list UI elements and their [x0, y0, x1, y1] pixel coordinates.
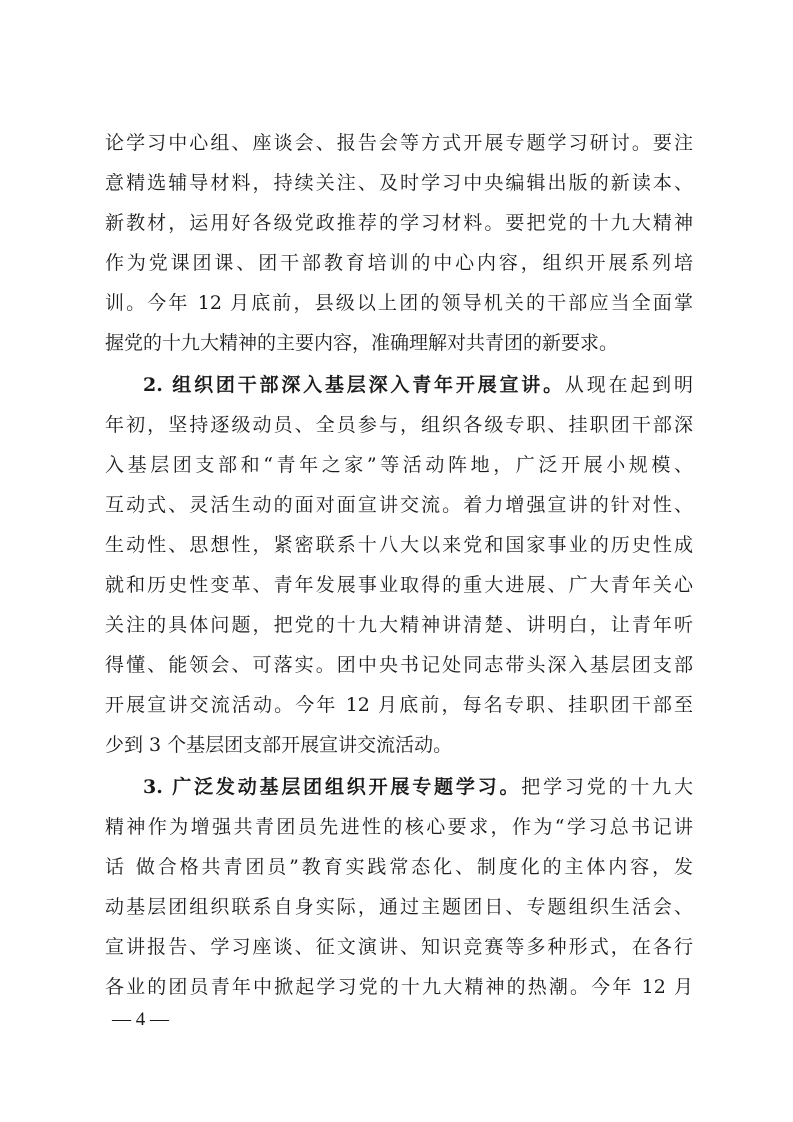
paragraph-first-line: 2. 组织团干部深入基层深入青年开展宣讲。从现在起到明: [143, 365, 693, 405]
text-line: 新教材，运用好各级党政推荐的学习材料。要把党的十九大精神: [105, 203, 693, 243]
text-line: 年初，坚持逐级动员、全员参与，组织各级专职、挂职团干部深: [105, 405, 693, 445]
text-line: 作为党课团课、团干部教育培训的中心内容，组织开展系列培: [105, 243, 693, 283]
text-line: 宣讲报告、学习座谈、征文演讲、知识竞赛等多种形式，在各行: [105, 927, 693, 967]
paragraph-first-line: 3. 广泛发动基层团组织开展专题学习。把学习党的十九大: [143, 767, 693, 807]
text-line: 各业的团员青年中掀起学习党的十九大精神的热潮。今年 12 月: [105, 967, 693, 1007]
text-line: 训。今年 12 月底前，县级以上团的领导机关的干部应当全面掌: [105, 283, 693, 323]
text-line: 动基层团组织联系自身实际，通过主题团日、专题组织生活会、: [105, 887, 693, 927]
text-line: 互动式、灵活生动的面对面宣讲交流。着力增强宣讲的针对性、: [105, 485, 693, 525]
text-line: 入基层团支部和“青年之家”等活动阵地，广泛开展小规模、: [105, 445, 693, 485]
text-line: 就和历史性变革、青年发展事业取得的重大进展、广大青年关心: [105, 565, 693, 605]
text-line: 开展宣讲交流活动。今年 12 月底前，每名专职、挂职团干部至: [105, 685, 693, 725]
text-line: 精神作为增强共青团员先进性的核心要求，作为“学习总书记讲: [105, 807, 693, 847]
text-line: 意精选辅导材料，持续关注、及时学习中央编辑出版的新读本、: [105, 163, 693, 203]
text-line: 少到 3 个基层团支部开展宣讲交流活动。: [105, 725, 693, 765]
text-line: 握党的十九大精神的主要内容，准确理解对共青团的新要求。: [105, 323, 693, 363]
text-run: 把学习党的十九大: [521, 776, 693, 798]
section-heading: 2. 组织团干部深入基层深入青年开展宣讲。: [143, 374, 565, 396]
text-run: 从现在起到明: [565, 374, 693, 396]
page-number: — 4 —: [112, 1006, 169, 1034]
text-line: 话 做合格共青团员”教育实践常态化、制度化的主体内容，发: [105, 847, 693, 887]
document-page: 论学习中心组、座谈会、报告会等方式开展专题学习研讨。要注 意精选辅导材料，持续关…: [0, 0, 793, 1122]
text-line: 论学习中心组、座谈会、报告会等方式开展专题学习研讨。要注: [105, 123, 693, 163]
text-line: 关注的具体问题，把党的十九大精神讲清楚、讲明白，让青年听: [105, 605, 693, 645]
text-line: 生动性、思想性，紧密联系十八大以来党和国家事业的历史性成: [105, 525, 693, 565]
section-heading: 3. 广泛发动基层团组织开展专题学习。: [143, 776, 521, 798]
text-line: 得懂、能领会、可落实。团中央书记处同志带头深入基层团支部: [105, 645, 693, 685]
